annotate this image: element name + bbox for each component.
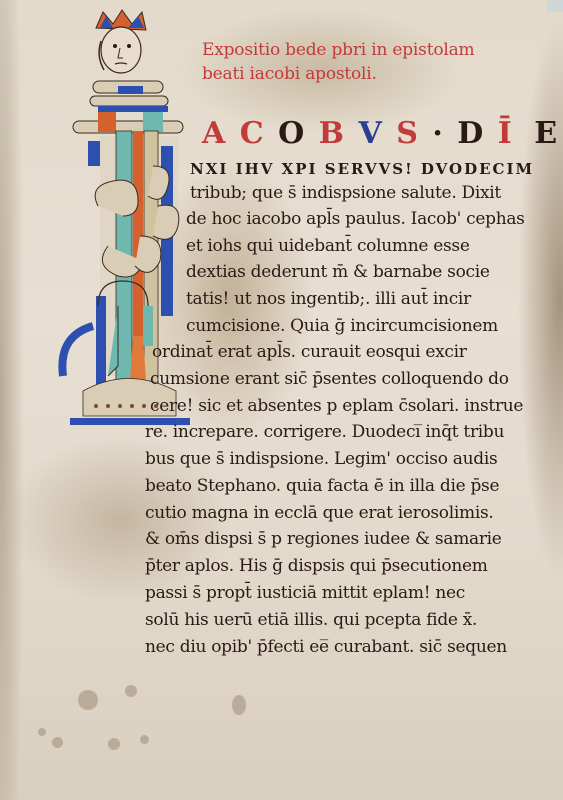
text-line: et iohs qui uidebant̄ columne esse <box>186 236 470 256</box>
text-line: beato Stephano. quia facta ē in illa die… <box>145 476 499 496</box>
incipit-letter: Ī <box>498 116 514 151</box>
historiated-initial-i <box>58 6 193 431</box>
text-line: solū his uerū etiā illis. qui pcepta fid… <box>145 610 477 630</box>
incipit-capitals: A C O B V S · D Ī E T D Ñ I <box>202 116 563 151</box>
incipit-letter: V <box>358 116 383 151</box>
incipit-letter: · <box>432 116 444 151</box>
stain <box>38 728 46 736</box>
text-line: de hoc iacobo apl̄s paulus. Iacob' cepha… <box>186 209 525 229</box>
text-line: cumsione erant sic̄ p̄sentes colloquendo… <box>150 369 509 389</box>
incipit-letter: B <box>319 116 346 151</box>
manuscript-page: Expositio bede pbri in epistolam beati i… <box>0 0 563 800</box>
rubric-line-1: Expositio bede pbri in epistolam <box>202 38 552 62</box>
incipit-letter: E <box>534 116 559 151</box>
stain <box>108 738 120 750</box>
text-line: re. increpare. corrigere. Duodeci̅ inq̄t… <box>145 422 504 442</box>
text-line: nec diu opib' p̄fecti ee̅ curabant. sic̄… <box>145 637 507 657</box>
stain <box>125 685 137 697</box>
text-line: cumcisione. Quia ḡ incircumcisionem <box>186 316 498 336</box>
text-line: dextias dederunt m̄ & barnabe socie <box>186 262 490 282</box>
stain <box>140 735 149 744</box>
text-line: cere! sic et absentes p eplam c̄solari. … <box>150 396 523 416</box>
rubric-line-2: beati iacobi apostoli. <box>202 62 552 86</box>
incipit-letter: D <box>457 116 485 151</box>
text-line: tribub; que s̄ indispsione salute. Dixit <box>190 183 501 203</box>
text-line: & om̄s dispsi s̄ p regiones iudee & sama… <box>145 529 502 549</box>
stain <box>78 690 98 710</box>
text-line: NXI IHV XPI SERVVS! DVODECIM <box>190 160 534 178</box>
text-line: tatis! ut nos ingentib;. illi aut̄ incir <box>186 289 471 309</box>
stain <box>52 737 63 748</box>
text-line: p̄ter aplos. His ḡ dispsis qui p̄secutio… <box>145 556 488 576</box>
text-line: bus que s̄ indispsione. Legim' occiso au… <box>145 449 497 469</box>
incipit-letter: A <box>202 116 227 151</box>
text-line: passi s̄ propt̄ iusticiā mittit eplam! n… <box>145 583 465 603</box>
incipit-letter: S <box>396 116 420 151</box>
text-line: cutio magna in ecclā que erat ierosolimi… <box>145 503 494 523</box>
incipit-letter: O <box>278 116 306 151</box>
stain <box>232 695 246 715</box>
rubric-heading: Expositio bede pbri in epistolam beati i… <box>202 38 552 86</box>
page-corner-background <box>547 0 563 12</box>
text-line: ordinat̄ erat apl̄s. curauit eosqui exci… <box>152 342 467 362</box>
incipit-letter: C <box>240 116 266 151</box>
